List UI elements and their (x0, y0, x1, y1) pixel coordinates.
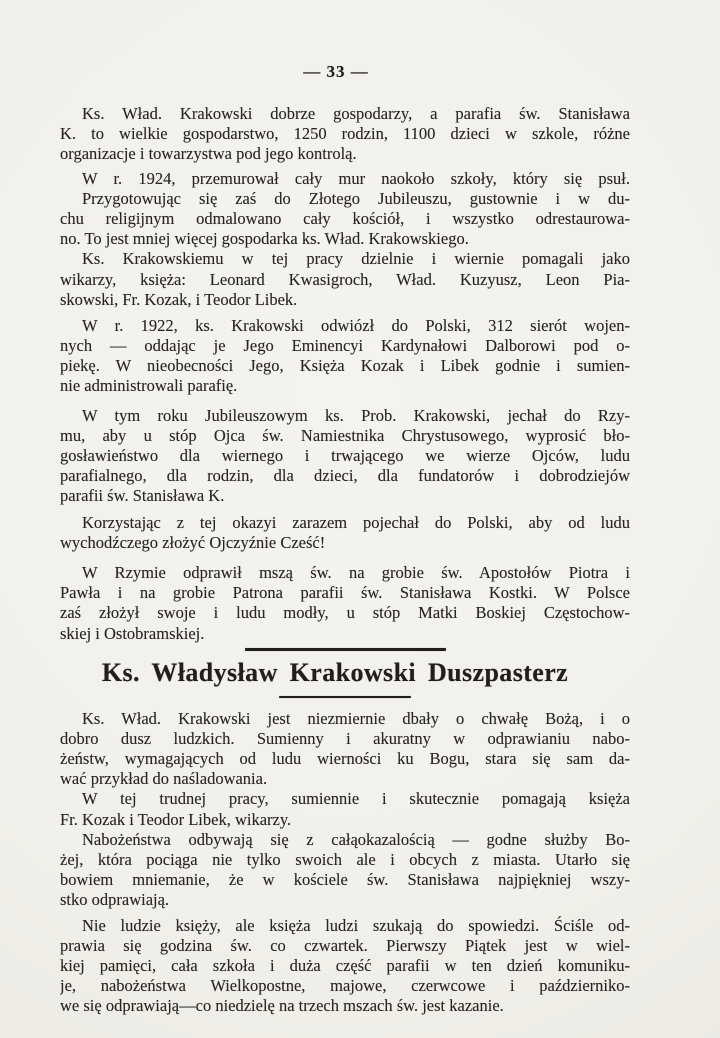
text-line: wikarzy, księża: Leonard Kwasigroch, Wła… (60, 270, 630, 290)
text-line: K. to wielkie gospodarstwo, 1250 rodzin,… (60, 124, 630, 144)
paragraph: Ks. Wład. Krakowski jest niezmiernie dba… (60, 709, 630, 790)
paragraph: Przygotowując się zaś do Złotego Jubileu… (60, 189, 630, 250)
text-line: nych — oddając je Jego Eminencyi Kardyna… (60, 336, 630, 356)
paragraph: W Rzymie odprawił mszą św. na grobie św.… (60, 563, 630, 644)
text-line: W Rzymie odprawił mszą św. na grobie św.… (60, 563, 630, 583)
text-line: W r. 1922, ks. Krakowski odwiózł do Pols… (60, 316, 630, 336)
text-line: Nabożeństwa odbywają się z całąokazalośc… (60, 830, 630, 850)
paragraph: W tym roku Jubileuszowym ks. Prob. Krako… (60, 406, 630, 507)
text-line: no. To jest mniej więcej gospodarka ks. … (60, 229, 630, 249)
text-line: Nie ludzie księży, ale księża ludzi szuk… (60, 916, 630, 936)
text-line: mu, aby u stóp Ojca św. Namiestnika Chry… (60, 426, 630, 446)
text-line: Pawła i na grobie Patrona parafii św. St… (60, 583, 630, 603)
paragraph: Korzystając z tej okazyi zarazem pojecha… (60, 513, 630, 553)
text-line: wychodźczego złożyć Ojczyźnie Cześć! (60, 533, 630, 553)
text-column: Ks. Wład. Krakowski dobrze gospodarzy, a… (60, 104, 630, 1017)
text-line: W tej trudnej pracy, sumiennie i skutecz… (60, 789, 630, 809)
text-line: organizacje i towarzystwa pod jego kontr… (60, 144, 630, 164)
text-line: Ks. Wład. Krakowski jest niezmiernie dba… (60, 709, 630, 729)
text-line: Korzystając z tej okazyi zarazem pojecha… (60, 513, 630, 533)
text-line: Fr. Kozak i Teodor Libek, wikarzy. (60, 810, 630, 830)
text-line: Przygotowując się zaś do Złotego Jubileu… (60, 189, 630, 209)
text-line: we się odprawiają—co niedzielę na trzech… (60, 996, 630, 1016)
paragraph: Nabożeństwa odbywają się z całąokazalośc… (60, 830, 630, 911)
text-line: skowski, Fr. Kozak, i Teodor Libek. (60, 290, 630, 310)
text-line: W r. 1924, przemurował cały mur naokoło … (60, 169, 630, 189)
text-line: Ks. Krakowskiemu w tej pracy dzielnie i … (60, 249, 630, 269)
text-line: dobro dusz ludzkich. Sumienny i akuratny… (60, 729, 630, 749)
chapter-heading: Ks. Władysław Krakowski Duszpasterz (50, 658, 620, 688)
text-line: skiej i Ostobramskiej. (60, 624, 630, 644)
text-line: żeństw, wymagających od ludu wierności k… (60, 749, 630, 769)
text-line: W tym roku Jubileuszowym ks. Prob. Krako… (60, 406, 630, 426)
text-line: stko odprawiają. (60, 890, 630, 910)
text-line: je, nabożeństwa Wielkopostne, majowe, cz… (60, 976, 630, 996)
paragraph: W r. 1922, ks. Krakowski odwiózł do Pols… (60, 316, 630, 397)
text-line: bowiem mniemanie, że w kościele św. Stan… (60, 870, 630, 890)
text-line: nie administrowali parafię. (60, 376, 630, 396)
text-line: chu religijnym odmalowano cały kościół, … (60, 209, 630, 229)
text-line: prawia się godzina św. co czwartek. Pier… (60, 936, 630, 956)
page-number: — 33 — (51, 62, 621, 82)
text-line: Ks. Wład. Krakowski dobrze gospodarzy, a… (60, 104, 630, 124)
chapter-heading-block: Ks. Władysław Krakowski Duszpasterz (60, 648, 630, 698)
paragraph: Ks. Krakowskiemu w tej pracy dzielnie i … (60, 249, 630, 310)
paragraph: W r. 1924, przemurował cały mur naokoło … (60, 169, 630, 189)
heading-rule-bottom (279, 696, 411, 698)
paragraph: Ks. Wład. Krakowski dobrze gospodarzy, a… (60, 104, 630, 165)
text-line: żej, która pociąga nie tylko swoich ale … (60, 850, 630, 870)
scanned-page: — 33 — Ks. Wład. Krakowski dobrze gospod… (0, 0, 720, 1038)
text-line: gosławieństwo dla wiernego i trwającego … (60, 446, 630, 466)
text-line: zaś złożył swoje i ludu modły, u stóp Ma… (60, 603, 630, 623)
paragraph: Nie ludzie księży, ale księża ludzi szuk… (60, 916, 630, 1017)
text-line: parafii św. Stanisława K. (60, 486, 630, 506)
text-line: wać przykład do naśladowania. (60, 769, 630, 789)
text-line: parafialnego, dla rodzin, dla dzieci, dl… (60, 466, 630, 486)
heading-rule-top (245, 648, 446, 651)
paragraph: W tej trudnej pracy, sumiennie i skutecz… (60, 789, 630, 829)
text-line: kiej pamięci, cała szkoła i duża część p… (60, 956, 630, 976)
text-line: piekę. W nieobecności Jego, Księża Kozak… (60, 356, 630, 376)
